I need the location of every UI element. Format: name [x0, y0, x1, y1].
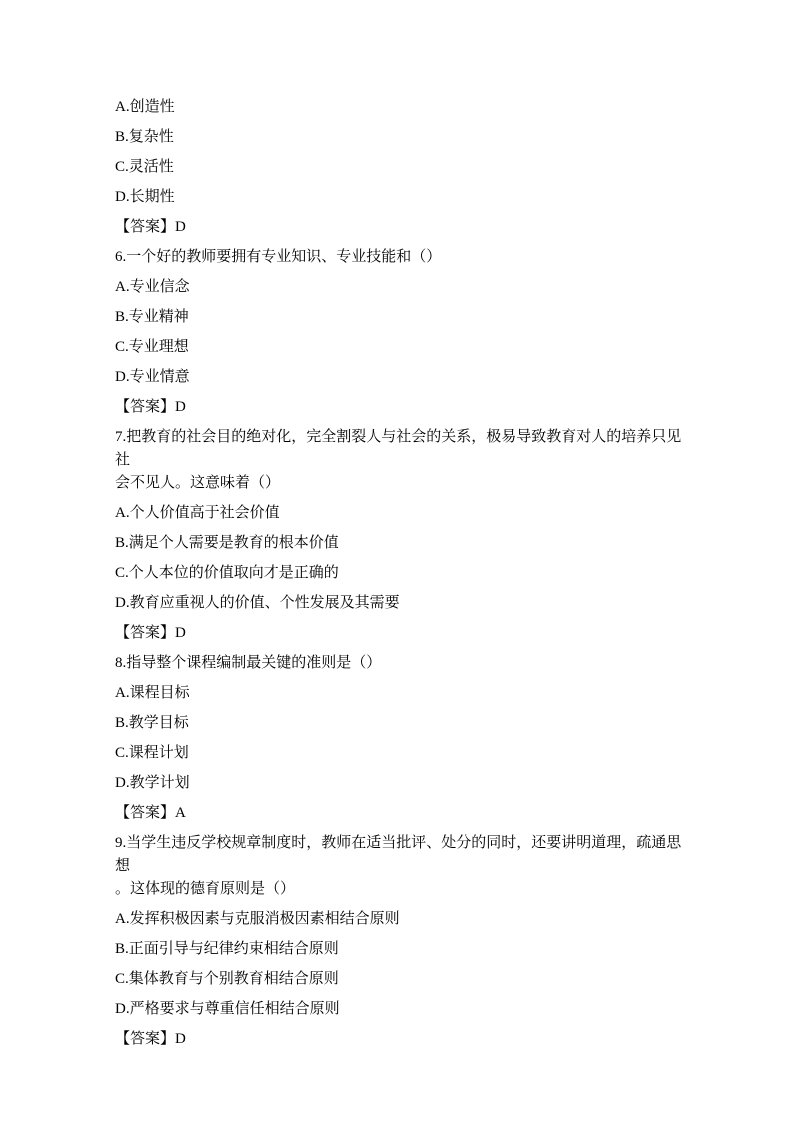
option-line-b: B.教学目标	[115, 712, 684, 735]
document-page: A.创造性 B.复杂性 C.灵活性 D.长期性 【答案】D 6.一个好的教师要拥…	[0, 0, 794, 1123]
question-block-7: 7.把教育的社会目的绝对化，完全割裂人与社会的关系，极易导致教育对人的培养只见社…	[115, 426, 684, 645]
option-line-b: B.满足个人需要是教育的根本价值	[115, 532, 684, 555]
option-line-b: B.复杂性	[115, 126, 684, 149]
option-line-a: A.发挥积极因素与克服消极因素相结合原则	[115, 908, 684, 931]
answer-line: 【答案】A	[115, 802, 684, 825]
option-line-d: D.严格要求与尊重信任相结合原则	[115, 998, 684, 1021]
option-line-c: C.灵活性	[115, 156, 684, 179]
option-line-c: C.集体教育与个别教育相结合原则	[115, 968, 684, 991]
answer-line: 【答案】D	[115, 622, 684, 645]
option-line-a: A.专业信念	[115, 276, 684, 299]
question-stem: 6.一个好的教师要拥有专业知识、专业技能和（）	[115, 246, 684, 269]
question-block-9: 9.当学生违反学校规章制度时，教师在适当批评、处分的同时，还要讲明道理，疏通思想…	[115, 832, 684, 1051]
option-line-c: C.专业理想	[115, 336, 684, 359]
option-line-d: D.专业情意	[115, 366, 684, 389]
answer-line: 【答案】D	[115, 1028, 684, 1051]
option-line-a: A.创造性	[115, 96, 684, 119]
question-block-8: 8.指导整个课程编制最关键的准则是（） A.课程目标 B.教学目标 C.课程计划…	[115, 652, 684, 825]
option-line-a: A.课程目标	[115, 682, 684, 705]
option-line-c: C.课程计划	[115, 742, 684, 765]
question-block-5-partial: A.创造性 B.复杂性 C.灵活性 D.长期性 【答案】D	[115, 96, 684, 239]
option-line-b: B.专业精神	[115, 306, 684, 329]
question-stem: 9.当学生违反学校规章制度时，教师在适当批评、处分的同时，还要讲明道理，疏通思想…	[115, 832, 684, 901]
question-block-6: 6.一个好的教师要拥有专业知识、专业技能和（） A.专业信念 B.专业精神 C.…	[115, 246, 684, 419]
option-line-d: D.教育应重视人的价值、个性发展及其需要	[115, 592, 684, 615]
answer-line: 【答案】D	[115, 216, 684, 239]
option-line-d: D.教学计划	[115, 772, 684, 795]
option-line-c: C.个人本位的价值取向才是正确的	[115, 562, 684, 585]
question-stem: 8.指导整个课程编制最关键的准则是（）	[115, 652, 684, 675]
question-stem: 7.把教育的社会目的绝对化，完全割裂人与社会的关系，极易导致教育对人的培养只见社…	[115, 426, 684, 495]
answer-line: 【答案】D	[115, 396, 684, 419]
option-line-d: D.长期性	[115, 186, 684, 209]
option-line-a: A.个人价值高于社会价值	[115, 502, 684, 525]
option-line-b: B.正面引导与纪律约束相结合原则	[115, 938, 684, 961]
